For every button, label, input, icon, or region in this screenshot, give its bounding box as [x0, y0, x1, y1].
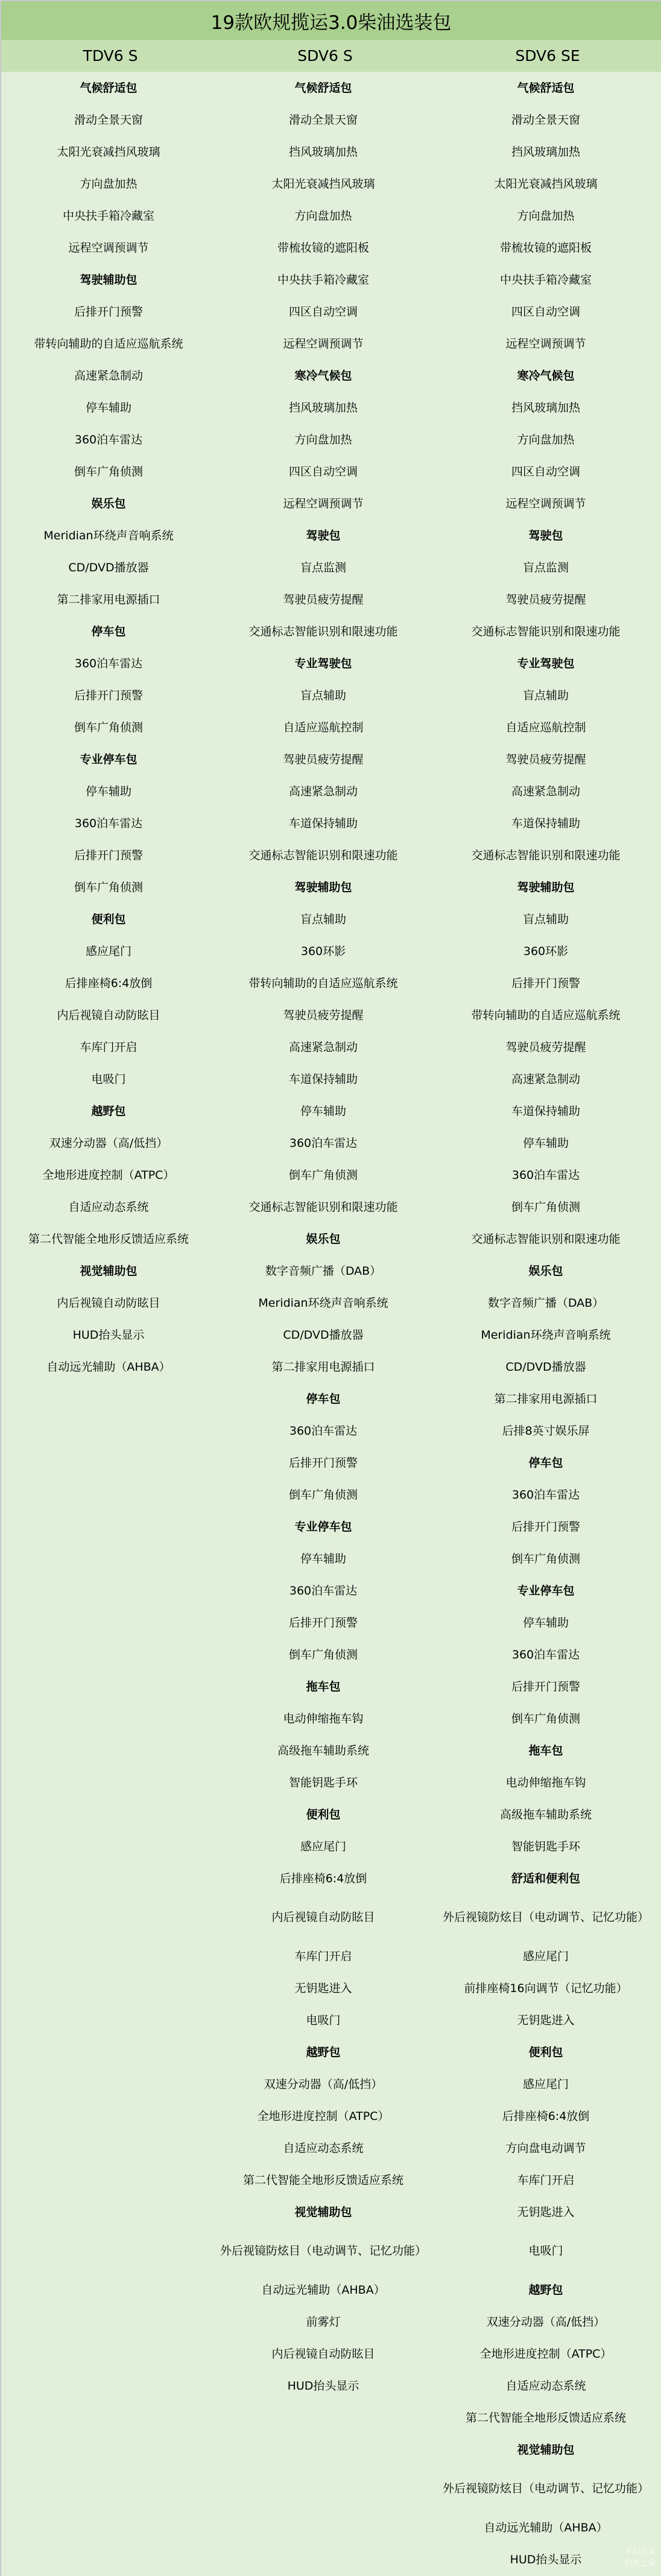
watermark-line: 汽车之家 [625, 2558, 656, 2570]
feature-cell: 交通标志智能识别和限速功能 [431, 1223, 661, 1255]
feature-cell: 自动远光辅助（AHBA） [431, 2511, 661, 2543]
feature-cell: 太阳光衰减挡风玻璃 [431, 168, 661, 200]
feature-cell: 高速紧急制动 [216, 1031, 431, 1063]
feature-cell: 自适应动态系统 [216, 2132, 431, 2164]
feature-cell: 360泊车雷达 [431, 1159, 661, 1191]
feature-cell: 带梳妆镜的遮阳板 [431, 232, 661, 264]
feature-cell: 双速分动器（高/低挡） [1, 1127, 216, 1159]
empty-cell [216, 2543, 431, 2575]
watermark-line: 平行之家 [625, 2546, 656, 2558]
options-table: 19款欧规揽运3.0柴油选装包 TDV6 S SDV6 S SDV6 SE 气候… [0, 0, 661, 2576]
feature-cell: 自动远光辅助（AHBA） [216, 2274, 431, 2306]
empty-cell [1, 1383, 216, 1415]
empty-cell [1, 2228, 216, 2274]
feature-cell: 外后视镜防炫目（电动调节、记忆功能） [431, 2466, 661, 2511]
feature-cell: 第二代智能全地形反馈适应系统 [431, 2402, 661, 2434]
empty-cell [1, 1670, 216, 1702]
package-heading-cell: 气候舒适包 [1, 72, 216, 104]
package-heading-cell: 专业停车包 [1, 743, 216, 775]
feature-cell: 太阳光衰减挡风玻璃 [216, 168, 431, 200]
feature-cell: 远程空调预调节 [216, 487, 431, 519]
feature-cell: 方向盘加热 [431, 424, 661, 455]
feature-cell: 四区自动空调 [216, 455, 431, 487]
package-heading-cell: 专业停车包 [431, 1575, 661, 1607]
feature-cell: 第二排家用电源插口 [1, 583, 216, 615]
feature-cell: 中央扶手箱冷藏室 [431, 264, 661, 296]
feature-cell: 盲点辅助 [216, 903, 431, 935]
feature-cell: 360环影 [216, 935, 431, 967]
feature-cell: 倒车广角侦测 [1, 871, 216, 903]
feature-cell: 挡风玻璃加热 [216, 136, 431, 168]
feature-cell: 前排座椅16向调节（记忆功能） [431, 1972, 661, 2004]
feature-cell: 电吸门 [216, 2004, 431, 2036]
feature-cell: 四区自动空调 [431, 296, 661, 328]
feature-cell: 驾驶员疲劳提醒 [431, 583, 661, 615]
feature-cell: 远程空调预调节 [431, 487, 661, 519]
feature-cell: 交通标志智能识别和限速功能 [431, 615, 661, 647]
feature-cell: 360泊车雷达 [216, 1575, 431, 1607]
feature-cell: 高级拖车辅助系统 [216, 1734, 431, 1766]
package-heading-cell: 便利包 [431, 2036, 661, 2068]
package-heading-cell: 寒冷气候包 [431, 360, 661, 392]
feature-cell: 高速紧急制动 [431, 775, 661, 807]
empty-cell [1, 1511, 216, 1543]
feature-cell: 高速紧急制动 [216, 775, 431, 807]
feature-cell: 高速紧急制动 [1, 360, 216, 392]
package-heading-cell: 专业停车包 [216, 1511, 431, 1543]
watermark: 平行之家 汽车之家 [625, 2546, 656, 2570]
feature-cell: 驾驶员疲劳提醒 [216, 999, 431, 1031]
feature-cell: 停车辅助 [431, 1127, 661, 1159]
feature-cell: 车库门开启 [431, 2164, 661, 2196]
feature-cell: 带转向辅助的自适应巡航系统 [1, 328, 216, 360]
package-heading-cell: 停车包 [431, 1447, 661, 1479]
feature-cell: 中央扶手箱冷藏室 [216, 264, 431, 296]
package-heading-cell: 越野包 [431, 2274, 661, 2306]
feature-cell: 倒车广角侦测 [216, 1479, 431, 1511]
package-heading-cell: 停车包 [216, 1383, 431, 1415]
feature-cell: 停车辅助 [431, 1607, 661, 1639]
feature-cell: 无钥匙进入 [216, 1972, 431, 2004]
feature-cell: 倒车广角侦测 [216, 1639, 431, 1670]
package-heading-cell: 拖车包 [216, 1670, 431, 1702]
feature-cell: 感应尾门 [1, 935, 216, 967]
feature-cell: 后排开门预警 [1, 839, 216, 871]
feature-cell: 方向盘电动调节 [431, 2132, 661, 2164]
feature-cell: Meridian环绕声音响系统 [216, 1287, 431, 1319]
feature-cell: 自适应动态系统 [431, 2370, 661, 2402]
empty-cell [1, 2196, 216, 2228]
feature-cell: 盲点监测 [216, 551, 431, 583]
feature-cell: 360泊车雷达 [431, 1479, 661, 1511]
feature-cell: 数字音频广播（DAB） [216, 1255, 431, 1287]
empty-cell [216, 2466, 431, 2511]
feature-cell: 全地形进度控制（ATPC） [431, 2338, 661, 2370]
empty-cell [1, 2402, 216, 2434]
package-heading-cell: 娱乐包 [1, 487, 216, 519]
feature-cell: 挡风玻璃加热 [431, 392, 661, 424]
feature-cell: 四区自动空调 [431, 455, 661, 487]
empty-cell [1, 1830, 216, 1862]
feature-cell: Meridian环绕声音响系统 [1, 519, 216, 551]
feature-cell: 后排8英寸娱乐屏 [431, 1415, 661, 1447]
package-heading-cell: 舒适和便利包 [431, 1862, 661, 1894]
empty-cell [1, 1479, 216, 1511]
empty-cell [1, 2543, 216, 2575]
feature-cell: 内后视镜自动防眩目 [1, 1287, 216, 1319]
empty-cell [1, 2274, 216, 2306]
feature-cell: 交通标志智能识别和限速功能 [431, 839, 661, 871]
feature-cell: 远程空调预调节 [1, 232, 216, 264]
feature-cell: 无钥匙进入 [431, 2196, 661, 2228]
feature-cell: 停车辅助 [216, 1095, 431, 1127]
column-header-row: TDV6 S SDV6 S SDV6 SE [1, 40, 661, 72]
feature-cell: 四区自动空调 [216, 296, 431, 328]
feature-cell: 车道保持辅助 [431, 1095, 661, 1127]
feature-cell: 滑动全景天窗 [1, 104, 216, 136]
column-header-sdv6-s: SDV6 S [216, 47, 431, 65]
feature-cell: 挡风玻璃加热 [431, 136, 661, 168]
empty-cell [216, 2434, 431, 2466]
package-heading-cell: 越野包 [1, 1095, 216, 1127]
feature-cell: 后排座椅6:4放倒 [216, 1862, 431, 1894]
feature-cell: 驾驶员疲劳提醒 [431, 743, 661, 775]
feature-cell: 第二排家用电源插口 [431, 1383, 661, 1415]
feature-cell: 带梳妆镜的遮阳板 [216, 232, 431, 264]
feature-cell: 带转向辅助的自适应巡航系统 [216, 967, 431, 999]
feature-cell: 自适应动态系统 [1, 1191, 216, 1223]
empty-cell [1, 2164, 216, 2196]
feature-cell: 驾驶员疲劳提醒 [216, 743, 431, 775]
feature-cell: 智能钥匙手环 [216, 1766, 431, 1798]
feature-cell: 无钥匙进入 [431, 2004, 661, 2036]
feature-cell: 驾驶员疲劳提醒 [216, 583, 431, 615]
feature-cell: 倒车广角侦测 [1, 711, 216, 743]
feature-cell: 360泊车雷达 [1, 424, 216, 455]
feature-cell: 360环影 [431, 935, 661, 967]
feature-cell: 倒车广角侦测 [1, 455, 216, 487]
feature-cell: 外后视镜防炫目（电动调节、记忆功能） [431, 1894, 661, 1940]
package-heading-cell: 视觉辅助包 [1, 1255, 216, 1287]
empty-cell [1, 1575, 216, 1607]
package-heading-cell: 驾驶辅助包 [216, 871, 431, 903]
feature-cell: 车库门开启 [216, 1940, 431, 1972]
feature-cell: 远程空调预调节 [216, 328, 431, 360]
column-header-sdv6-se: SDV6 SE [431, 47, 661, 65]
package-heading-cell: 娱乐包 [216, 1223, 431, 1255]
feature-cell: 盲点辅助 [431, 679, 661, 711]
feature-cell: 方向盘加热 [216, 424, 431, 455]
empty-cell [1, 1734, 216, 1766]
feature-cell: HUD抬头显示 [1, 1319, 216, 1351]
feature-cell: 远程空调预调节 [431, 328, 661, 360]
empty-cell [1, 2068, 216, 2100]
feature-cell: 倒车广角侦测 [431, 1702, 661, 1734]
feature-cell: 盲点辅助 [216, 679, 431, 711]
empty-cell [216, 2511, 431, 2543]
feature-cell: 电动伸缩拖车钩 [431, 1766, 661, 1798]
feature-cell: 挡风玻璃加热 [216, 392, 431, 424]
package-heading-cell: 便利包 [1, 903, 216, 935]
feature-cell: 全地形进度控制（ATPC） [1, 1159, 216, 1191]
table-title: 19款欧规揽运3.0柴油选装包 [1, 1, 661, 40]
package-heading-cell: 寒冷气候包 [216, 360, 431, 392]
feature-cell: 方向盘加热 [431, 200, 661, 232]
feature-cell: 车道保持辅助 [431, 807, 661, 839]
package-heading-cell: 专业驾驶包 [431, 647, 661, 679]
feature-cell: 后排座椅6:4放倒 [431, 2100, 661, 2132]
feature-cell: 倒车广角侦测 [431, 1543, 661, 1575]
feature-cell: 后排开门预警 [1, 679, 216, 711]
feature-cell: 自适应巡航控制 [431, 711, 661, 743]
feature-cell: 后排开门预警 [216, 1447, 431, 1479]
feature-cell: 交通标志智能识别和限速功能 [216, 615, 431, 647]
feature-cell: 停车辅助 [1, 775, 216, 807]
feature-cell: 内后视镜自动防眩目 [1, 999, 216, 1031]
feature-cell: 倒车广角侦测 [216, 1159, 431, 1191]
empty-cell [1, 2306, 216, 2338]
feature-cell: CD/DVD播放器 [1, 551, 216, 583]
feature-cell: 方向盘加热 [216, 200, 431, 232]
empty-cell [1, 1447, 216, 1479]
feature-cell: 停车辅助 [216, 1543, 431, 1575]
package-heading-cell: 气候舒适包 [431, 72, 661, 104]
feature-cell: HUD抬头显示 [216, 2370, 431, 2402]
package-heading-cell: 娱乐包 [431, 1255, 661, 1287]
feature-cell: CD/DVD播放器 [216, 1319, 431, 1351]
feature-cell: 第二代智能全地形反馈适应系统 [1, 1223, 216, 1255]
feature-cell: 双速分动器（高/低挡） [431, 2306, 661, 2338]
feature-cell: 自适应巡航控制 [216, 711, 431, 743]
feature-cell: 电吸门 [431, 2228, 661, 2274]
feature-cell: 后排开门预警 [216, 1607, 431, 1639]
feature-cell: 后排开门预警 [1, 296, 216, 328]
empty-cell [1, 2132, 216, 2164]
feature-cell: 后排开门预警 [431, 1511, 661, 1543]
feature-cell: 双速分动器（高/低挡） [216, 2068, 431, 2100]
feature-cell: 后排开门预警 [431, 967, 661, 999]
empty-cell [1, 1972, 216, 2004]
feature-cell: 360泊车雷达 [1, 647, 216, 679]
feature-cell: 前雾灯 [216, 2306, 431, 2338]
package-heading-cell: 停车包 [1, 615, 216, 647]
feature-cell: 智能钥匙手环 [431, 1830, 661, 1862]
package-heading-cell: 越野包 [216, 2036, 431, 2068]
feature-cell: 内后视镜自动防眩目 [216, 2338, 431, 2370]
feature-cell: 车道保持辅助 [216, 1063, 431, 1095]
feature-cell: 中央扶手箱冷藏室 [1, 200, 216, 232]
feature-cell: 外后视镜防炫目（电动调节、记忆功能） [216, 2228, 431, 2274]
feature-cell: 滑动全景天窗 [216, 104, 431, 136]
feature-cell: 高速紧急制动 [431, 1063, 661, 1095]
package-heading-cell: 气候舒适包 [216, 72, 431, 104]
feature-cell: 电吸门 [1, 1063, 216, 1095]
empty-cell [1, 2036, 216, 2068]
package-heading-cell: 拖车包 [431, 1734, 661, 1766]
empty-cell [1, 1798, 216, 1830]
empty-cell [1, 2434, 216, 2466]
feature-cell: 车库门开启 [1, 1031, 216, 1063]
feature-cell: Meridian环绕声音响系统 [431, 1319, 661, 1351]
feature-cell: 盲点辅助 [431, 903, 661, 935]
empty-cell [1, 1702, 216, 1734]
package-heading-cell: 视觉辅助包 [216, 2196, 431, 2228]
empty-cell [1, 2370, 216, 2402]
feature-cell: 驾驶员疲劳提醒 [431, 1031, 661, 1063]
package-heading-cell: 专业驾驶包 [216, 647, 431, 679]
package-heading-cell: 视觉辅助包 [431, 2434, 661, 2466]
empty-cell [1, 2004, 216, 2036]
empty-cell [1, 1894, 216, 1940]
empty-cell [1, 1543, 216, 1575]
feature-cell: 感应尾门 [431, 2068, 661, 2100]
feature-cell: 感应尾门 [216, 1830, 431, 1862]
empty-cell [1, 1940, 216, 1972]
empty-cell [1, 2511, 216, 2543]
feature-cell: 停车辅助 [1, 392, 216, 424]
package-heading-cell: 驾驶包 [216, 519, 431, 551]
package-heading-cell: 便利包 [216, 1798, 431, 1830]
feature-cell: 第二排家用电源插口 [216, 1351, 431, 1383]
feature-cell: 360泊车雷达 [216, 1415, 431, 1447]
column-header-tdv6-s: TDV6 S [1, 47, 216, 65]
feature-cell: 后排开门预警 [431, 1670, 661, 1702]
feature-cell: 后排座椅6:4放倒 [1, 967, 216, 999]
feature-cell: 交通标志智能识别和限速功能 [216, 839, 431, 871]
empty-cell [1, 2338, 216, 2370]
empty-cell [1, 1766, 216, 1798]
feature-cell: 倒车广角侦测 [431, 1191, 661, 1223]
feature-cell: 太阳光衰减挡风玻璃 [1, 136, 216, 168]
feature-cell: 360泊车雷达 [1, 807, 216, 839]
empty-cell [1, 1862, 216, 1894]
feature-cell: 方向盘加热 [1, 168, 216, 200]
feature-cell: 360泊车雷达 [431, 1639, 661, 1670]
feature-cell: 数字音频广播（DAB） [431, 1287, 661, 1319]
package-heading-cell: 驾驶辅助包 [431, 871, 661, 903]
feature-cell: 车道保持辅助 [216, 807, 431, 839]
feature-cell: 滑动全景天窗 [431, 104, 661, 136]
empty-cell [1, 1639, 216, 1670]
package-heading-cell: 驾驶包 [431, 519, 661, 551]
feature-cell: 内后视镜自动防眩目 [216, 1894, 431, 1940]
feature-cell: 自动远光辅助（AHBA） [1, 1351, 216, 1383]
empty-cell [1, 1415, 216, 1447]
feature-cell: 全地形进度控制（ATPC） [216, 2100, 431, 2132]
feature-cell: 第二代智能全地形反馈适应系统 [216, 2164, 431, 2196]
table-body: 气候舒适包气候舒适包气候舒适包滑动全景天窗滑动全景天窗滑动全景天窗太阳光衰减挡风… [1, 72, 661, 2575]
empty-cell [1, 2100, 216, 2132]
feature-cell: 高级拖车辅助系统 [431, 1798, 661, 1830]
empty-cell [216, 2402, 431, 2434]
feature-cell: 交通标志智能识别和限速功能 [216, 1191, 431, 1223]
feature-cell: 带转向辅助的自适应巡航系统 [431, 999, 661, 1031]
feature-cell: 盲点监测 [431, 551, 661, 583]
empty-cell [1, 1607, 216, 1639]
feature-cell: CD/DVD播放器 [431, 1351, 661, 1383]
empty-cell [1, 2466, 216, 2511]
feature-cell: 感应尾门 [431, 1940, 661, 1972]
feature-cell: 360泊车雷达 [216, 1127, 431, 1159]
package-heading-cell: 驾驶辅助包 [1, 264, 216, 296]
feature-cell: 电动伸缩拖车钩 [216, 1702, 431, 1734]
